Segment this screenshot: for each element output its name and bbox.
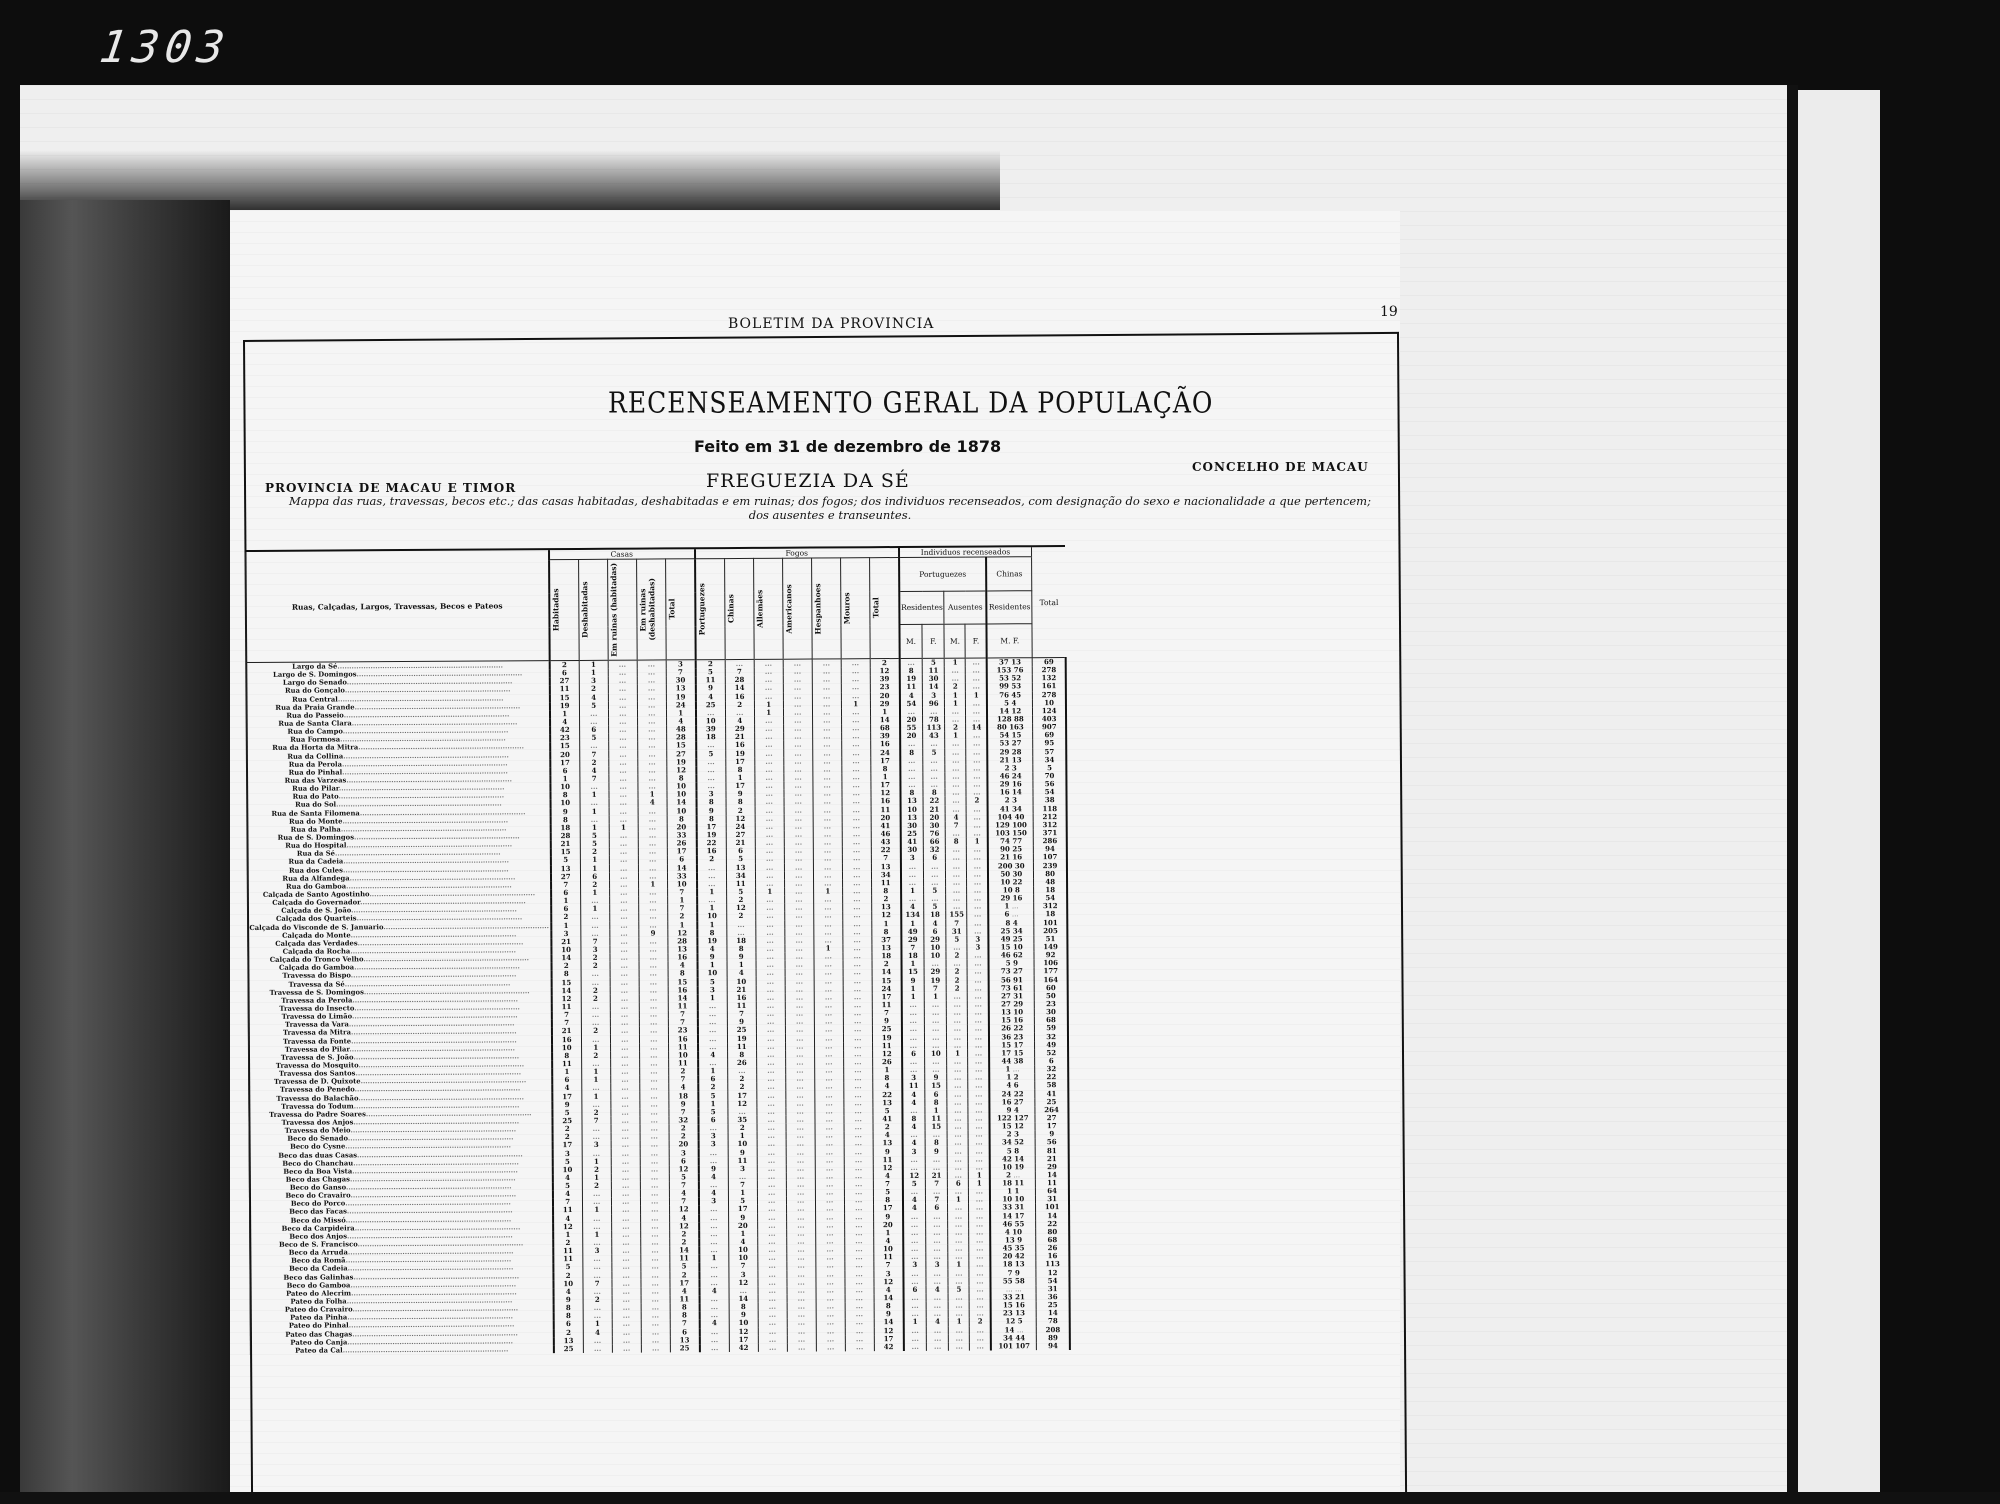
- fogos-cell: ...: [787, 1343, 816, 1351]
- parish-name: FREGUEZIA DA SÉ: [706, 470, 910, 492]
- casas-cell: 25: [670, 1344, 700, 1352]
- col-fogos-hespanhoes: Hespanhoes: [813, 558, 823, 658]
- sub-f: F.: [965, 624, 987, 658]
- film-divider: [1787, 85, 1798, 1504]
- casas-cell: 25: [554, 1345, 584, 1353]
- census-rows: Largo da Sé21......32...............2...…: [246, 657, 1070, 1354]
- col-ruinas-habitadas: Em ruinas (habitadas): [609, 560, 619, 660]
- portuguezes-cell: ...: [970, 1342, 992, 1350]
- nat-chinas: Chinas: [986, 557, 1031, 591]
- street-column-header: Ruas, Calçadas, Largos, Travessas, Becos…: [246, 549, 550, 662]
- chinas-cell: 101 107: [991, 1342, 1036, 1350]
- table-description: Mappa das ruas, travessas, becos etc.; d…: [280, 494, 1380, 522]
- province-name: PROVINCIA DE MACAU E TIMOR: [265, 481, 516, 495]
- col-deshabitadas: Deshabitadas: [580, 560, 590, 660]
- col-habitadas: Habitadas: [551, 560, 561, 660]
- book-binding: [20, 200, 230, 1504]
- col-fogos-portuguezes: Portuguezes: [697, 559, 707, 659]
- casas-cell: ...: [641, 1344, 670, 1352]
- census-table: Ruas, Calçadas, Largos, Travessas, Becos…: [245, 545, 1071, 1355]
- col-fogos-allemaes: Allemães: [755, 559, 765, 659]
- fogos-cell: 42: [729, 1344, 758, 1352]
- sub-residentes: Residentes: [899, 591, 944, 625]
- fogos-cell: ...: [845, 1343, 874, 1351]
- portuguezes-cell: ...: [949, 1342, 970, 1350]
- fogos-cell: ...: [816, 1343, 845, 1351]
- fogos-cell: 42: [874, 1343, 904, 1351]
- sub-chinas-residentes: Residentes: [987, 590, 1032, 624]
- col-ruinas-deshabitadas: Em ruinas (deshabitadas): [638, 559, 657, 659]
- col-fogos-americanos: Americanos: [784, 559, 794, 659]
- adjacent-page-edge: [1798, 90, 1880, 1504]
- sub-ausentes: Ausentes: [944, 591, 987, 625]
- microfilm-frame-number: 1303: [96, 22, 233, 73]
- sub-mf: M. F.: [987, 624, 1032, 658]
- page-number: 19: [1380, 304, 1398, 320]
- col-casas-total: Total: [667, 559, 677, 659]
- portuguezes-cell: ...: [926, 1343, 948, 1351]
- film-bottom-edge: [0, 1492, 2000, 1504]
- fogos-cell: ...: [700, 1344, 730, 1352]
- casas-cell: ...: [583, 1345, 612, 1353]
- total-column-header: Total: [1032, 546, 1066, 658]
- census-date: Feito em 31 de dezembro de 1878: [694, 437, 1001, 456]
- municipality-name: CONCELHO DE MACAU: [1192, 460, 1369, 474]
- col-fogos-mouros: Mouros: [842, 558, 852, 658]
- row-total: 94: [1037, 1342, 1071, 1350]
- sub-f: F.: [922, 625, 945, 659]
- fogos-cell: ...: [758, 1344, 787, 1352]
- sub-m: M.: [899, 625, 922, 659]
- col-fogos-chinas: Chinas: [726, 559, 736, 659]
- individuos-group-header: Individuos recenseados: [899, 546, 1032, 557]
- sub-m: M.: [944, 624, 965, 658]
- nat-portuguezes: Portuguezes: [899, 557, 987, 591]
- portuguezes-cell: ...: [904, 1343, 927, 1351]
- running-header: BOLETIM DA PROVINCIA: [728, 316, 934, 332]
- document-title: RECENSEAMENTO GERAL DA POPULAÇÃO: [608, 386, 1213, 419]
- casas-cell: ...: [612, 1344, 641, 1352]
- col-fogos-total: Total: [871, 558, 881, 658]
